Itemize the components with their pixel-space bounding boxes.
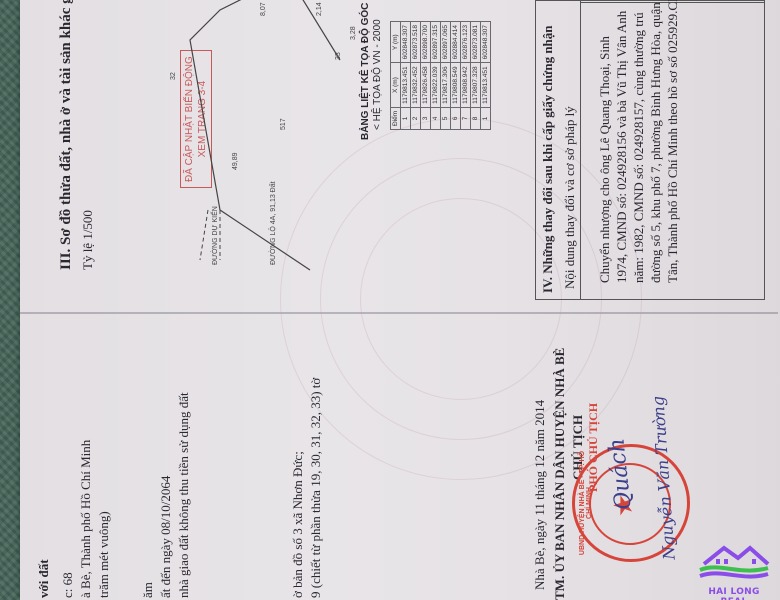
coordinates-table: Điểm X (m) Y (m) 11179813.451602848.3072… bbox=[390, 21, 491, 130]
column-header: Điểm bbox=[391, 107, 401, 129]
table-cell: 1 bbox=[481, 107, 491, 129]
map-scale: Tỷ lệ 1/500 bbox=[80, 210, 96, 270]
column-header: Y (m) bbox=[391, 22, 401, 63]
changes-table: IV. Những thay đổi sau khi cấp giấy chứn… bbox=[535, 0, 765, 300]
table-cell: 3 bbox=[421, 107, 431, 129]
table-cell: 1179808.942 bbox=[461, 63, 471, 107]
land-line: trăm mét vuông) bbox=[96, 511, 112, 598]
signing-date: Nhà Bè, ngày 11 tháng 12 năm 2014 bbox=[532, 400, 548, 590]
table-cell: 8 bbox=[471, 107, 481, 129]
edge-length: 8,07 bbox=[260, 2, 267, 16]
change-entry-line: năm: 1982, CMND số: 024928157, cùng thườ… bbox=[630, 0, 647, 283]
table-cell: 602897.065 bbox=[441, 22, 451, 63]
land-line: c: 68 bbox=[60, 572, 76, 598]
table-cell: 4 bbox=[431, 107, 441, 129]
table-cell: 602873.081 bbox=[471, 22, 481, 63]
change-entry-line: Tân, Thành phố Hồ Chí Minh theo hồ sơ số… bbox=[664, 0, 681, 283]
table-row: 81179807.328602873.081 bbox=[471, 22, 481, 130]
table-cell: 602848.307 bbox=[401, 22, 411, 63]
column-header: X (m) bbox=[391, 63, 401, 107]
changes-table-header: IV. Những thay đổi sau khi cấp giấy chứn… bbox=[536, 1, 581, 299]
change-entry-line: đường số 5, khu phố 7, phường Bình Hưng … bbox=[647, 0, 664, 283]
land-line: nhà giao đất không thu tiền sử dụng đất bbox=[176, 392, 192, 598]
guilloche-pattern bbox=[360, 198, 562, 400]
table-cell: 1179826.458 bbox=[421, 63, 431, 107]
change-entry: Chuyển nhượng cho ông Lê Quang Thoại, Si… bbox=[596, 0, 681, 283]
neighbor-label: 33 bbox=[335, 52, 342, 60]
coords-subtitle: < HỆ TỌA ĐỘ VN - 2000 bbox=[372, 19, 383, 130]
table-cell: 1179808.549 bbox=[451, 63, 461, 107]
change-entry-line: 1974, CMND số: 024928156 và bà Vũ Thị Vâ… bbox=[613, 0, 630, 283]
section-4-title: IV. Những thay đổi sau khi cấp giấy chứn… bbox=[540, 25, 556, 293]
edge-length: 2,14 bbox=[316, 2, 323, 16]
table-row: 31179826.458602898.700 bbox=[421, 22, 431, 130]
land-line: à Bè, Thành phố Hồ Chí Minh bbox=[78, 440, 94, 598]
table-cell: 5 bbox=[441, 107, 451, 129]
table-cell: 1179832.452 bbox=[411, 63, 421, 107]
section-3-title: III. Sơ đồ thửa đất, nhà ở và tài sản kh… bbox=[58, 0, 75, 270]
table-cell: 602897.315 bbox=[431, 22, 441, 63]
table-cell: 1179813.451 bbox=[481, 63, 491, 107]
change-entry-line: Chuyển nhượng cho ông Lê Quang Thoại, Si… bbox=[596, 0, 613, 283]
house-logo-icon bbox=[696, 542, 772, 582]
land-line: ờ bản đồ số 3 xã Nhơn Đức; bbox=[290, 451, 306, 598]
table-row: 61179808.549602884.414 bbox=[451, 22, 461, 130]
road-label: ĐƯỜNG LỘ 4A, 91,13 Đất bbox=[270, 181, 277, 265]
table-cell: 1179807.328 bbox=[471, 63, 481, 107]
table-row: 11179813.451602848.307 bbox=[481, 22, 491, 130]
table-row: 51179817.306602897.065 bbox=[441, 22, 451, 130]
table-cell: 602848.307 bbox=[481, 22, 491, 63]
table-row: 71179808.942602876.123 bbox=[461, 22, 471, 130]
parcel-number: 517 bbox=[280, 118, 287, 130]
parcel-map bbox=[100, 0, 360, 280]
table-cell: 1 bbox=[401, 107, 411, 129]
table-cell: 2 bbox=[411, 107, 421, 129]
signing-authority: TM. ỦY BAN NHÂN DÂN HUYỆN NHÀ BÈ bbox=[552, 348, 568, 600]
table-cell: 7 bbox=[461, 107, 471, 129]
rotated-document-content: với đất c: 68 à Bè, Thành phố Hồ Chí Min… bbox=[20, 0, 778, 600]
table-cell: 602873.518 bbox=[411, 22, 421, 63]
table-row: 21179832.452602873.518 bbox=[411, 22, 421, 130]
watermark-brand: HAI LONG REAL bbox=[696, 587, 772, 600]
table-cell: 602884.414 bbox=[451, 22, 461, 63]
watermark-logo: HAI LONG REAL bbox=[696, 542, 772, 596]
table-row: 11179813.451602848.307 bbox=[401, 22, 411, 130]
table-cell: 1179817.306 bbox=[441, 63, 451, 107]
edge-length: 3,28 bbox=[350, 26, 357, 40]
changes-column-header: Nội dung thay đổi và cơ sở pháp lý bbox=[562, 106, 578, 289]
neighbor-label: 32 bbox=[170, 72, 177, 80]
table-row: 41179822.039602897.315 bbox=[431, 22, 441, 130]
table-cell: 602876.123 bbox=[461, 22, 471, 63]
land-line: ăm bbox=[140, 582, 156, 598]
edge-length: 49,89 bbox=[232, 152, 239, 170]
table-cell: 1179822.039 bbox=[431, 63, 441, 107]
table-cell: 6 bbox=[451, 107, 461, 129]
certificate-page: với đất c: 68 à Bè, Thành phố Hồ Chí Min… bbox=[20, 0, 780, 600]
road-label: ĐƯỜNG DỰ KIẾN bbox=[212, 206, 219, 265]
table-cell: 602898.700 bbox=[421, 22, 431, 63]
land-heading-fragment: với đất bbox=[36, 559, 52, 598]
table-cell: 1179813.451 bbox=[401, 63, 411, 107]
land-line: 9 (chiết từ phần thửa 19, 30, 31, 32, 33… bbox=[308, 378, 324, 598]
coords-title: BẢNG LIỆT KÊ TỌA ĐỘ GÓC bbox=[360, 3, 371, 140]
land-line: ất đến ngày 08/10/2064 bbox=[158, 476, 174, 598]
